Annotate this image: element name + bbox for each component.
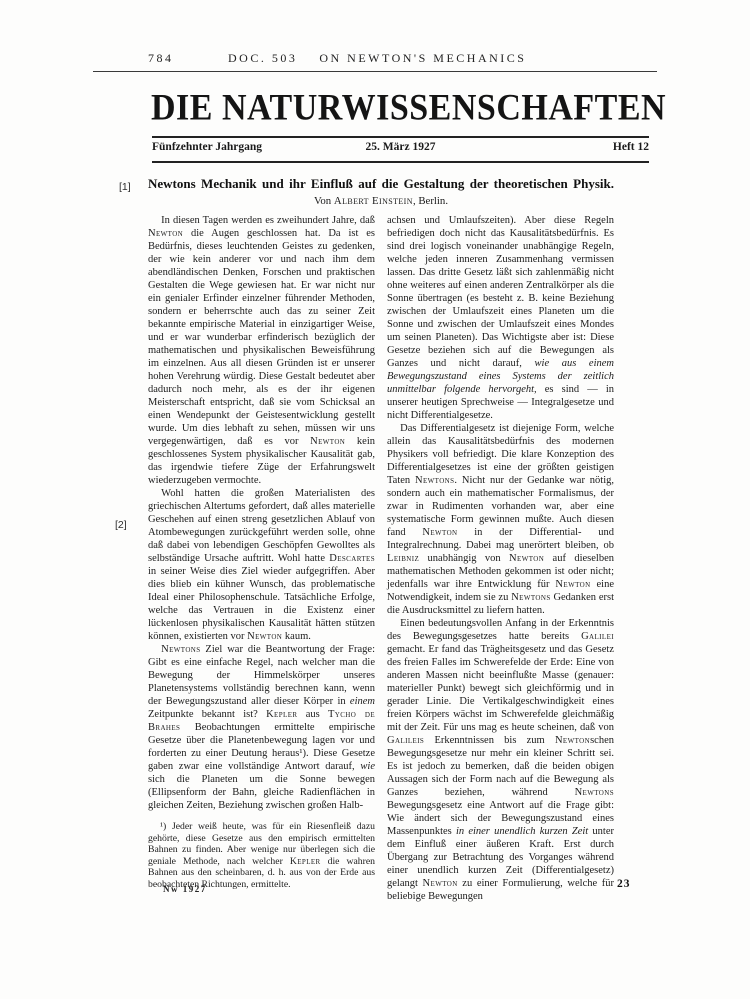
person-name: Galileis <box>387 735 424 746</box>
person-name: Albert Einstein <box>334 195 413 207</box>
paragraph: Einen bedeutungsvollen Anfang in der Erk… <box>387 617 614 903</box>
person-name: Newtons <box>161 644 200 655</box>
right-column-text: achsen und Umlaufszeiten). Aber diese Re… <box>387 214 614 903</box>
person-name: Galilei <box>581 631 614 642</box>
issue-date: 25. März 1927 <box>318 141 484 153</box>
text-segment: , Berlin. <box>413 195 448 207</box>
emphasized-text: wie <box>360 761 375 772</box>
left-column: In diesen Tagen werden es zweihundert Ja… <box>148 214 375 903</box>
paragraph: Von Albert Einstein, Berlin. <box>148 195 614 207</box>
emphasized-text: in einer unendlich kurzen Zeit <box>456 826 588 837</box>
text-segment: aus <box>297 709 328 720</box>
person-name: Newton <box>148 228 183 239</box>
book-page-number: 784 <box>148 51 174 66</box>
paragraph: In diesen Tagen werden es zweihundert Ja… <box>148 214 375 487</box>
journal-page-number: 23 <box>617 878 631 890</box>
margin-note-2: [2] <box>115 519 127 531</box>
person-name: Newtons <box>511 592 550 603</box>
text-segment: Erkenntnissen bis zum <box>424 735 555 746</box>
person-name: Kepler <box>290 856 321 867</box>
article-body: In diesen Tagen werden es zweihundert Ja… <box>148 214 614 903</box>
right-column: achsen und Umlaufszeiten). Aber diese Re… <box>387 214 614 903</box>
person-name: Newton <box>555 735 590 746</box>
paragraph: ¹) Jeder weiß heute, was für ein Riesenf… <box>148 821 375 891</box>
text-segment: Einen bedeutungsvollen Anfang in der Erk… <box>387 618 614 642</box>
margin-note-1: [1] <box>119 181 131 193</box>
text-segment: kaum. <box>282 631 311 642</box>
text-segment: In diesen Tagen werden es zweihundert Ja… <box>161 215 375 226</box>
journal-signature: Nw 1927 <box>163 884 207 894</box>
text-segment: unabhängig von <box>419 553 509 564</box>
text-segment: achsen und Umlaufszeiten). Aber diese Re… <box>387 215 614 369</box>
header-divider <box>93 71 657 72</box>
article-title: Newtons Mechanik und ihr Einfluß auf die… <box>148 176 614 192</box>
volume-label: Fünfzehnter Jahrgang <box>152 141 318 153</box>
journal-masthead-title: DIE NATURWISSENSCHAFTEN <box>151 88 650 129</box>
footnote: ¹) Jeder weiß heute, was für ein Riesenf… <box>148 821 375 891</box>
text-segment: sich die Planeten um die Sonne bewegen (… <box>148 774 375 811</box>
paragraph: Wohl hatten die großen Materialisten des… <box>148 487 375 643</box>
person-name: Newton <box>423 878 458 889</box>
masthead-info-row: Fünfzehnter Jahrgang 25. März 1927 Heft … <box>152 141 649 153</box>
person-name: Newton <box>247 631 282 642</box>
person-name: Descartes <box>329 553 375 564</box>
scanned-document-page: 784 DOC. 503 ON NEWTON'S MECHANICS DIE N… <box>0 0 750 999</box>
person-name: Leibniz <box>387 553 419 564</box>
masthead-rule-top <box>152 136 649 138</box>
article-byline: Von Albert Einstein, Berlin. <box>148 195 614 207</box>
text-segment: Beobachtungen ermittelte empirische Gese… <box>148 722 375 772</box>
person-name: Kepler <box>266 709 297 720</box>
issue-label: Heft 12 <box>483 141 649 153</box>
person-name: Newton <box>509 553 544 564</box>
emphasized-text: einem <box>350 696 375 707</box>
person-name: Newtons <box>575 787 614 798</box>
text-segment: Zeitpunkte bekannt ist? <box>148 709 266 720</box>
paragraph: Newtons Ziel war die Beantwortung der Fr… <box>148 643 375 812</box>
text-segment: die Augen geschlossen hat. Da ist es Bed… <box>148 228 375 447</box>
running-title: DOC. 503 ON NEWTON'S MECHANICS <box>228 51 526 66</box>
paragraph: achsen und Umlaufszeiten). Aber diese Re… <box>387 214 614 422</box>
left-column-text: In diesen Tagen werden es zweihundert Ja… <box>148 214 375 812</box>
person-name: Newtons <box>415 475 454 486</box>
paragraph: Das Differentialgesetz ist diejenige For… <box>387 422 614 617</box>
text-segment: gemacht. Er fand das Trägheitsgesetz und… <box>387 644 614 733</box>
person-name: Newton <box>422 527 457 538</box>
person-name: Newton <box>555 579 590 590</box>
masthead-rule-bottom <box>152 161 649 163</box>
text-segment: Von <box>314 195 334 207</box>
person-name: Newton <box>310 436 345 447</box>
